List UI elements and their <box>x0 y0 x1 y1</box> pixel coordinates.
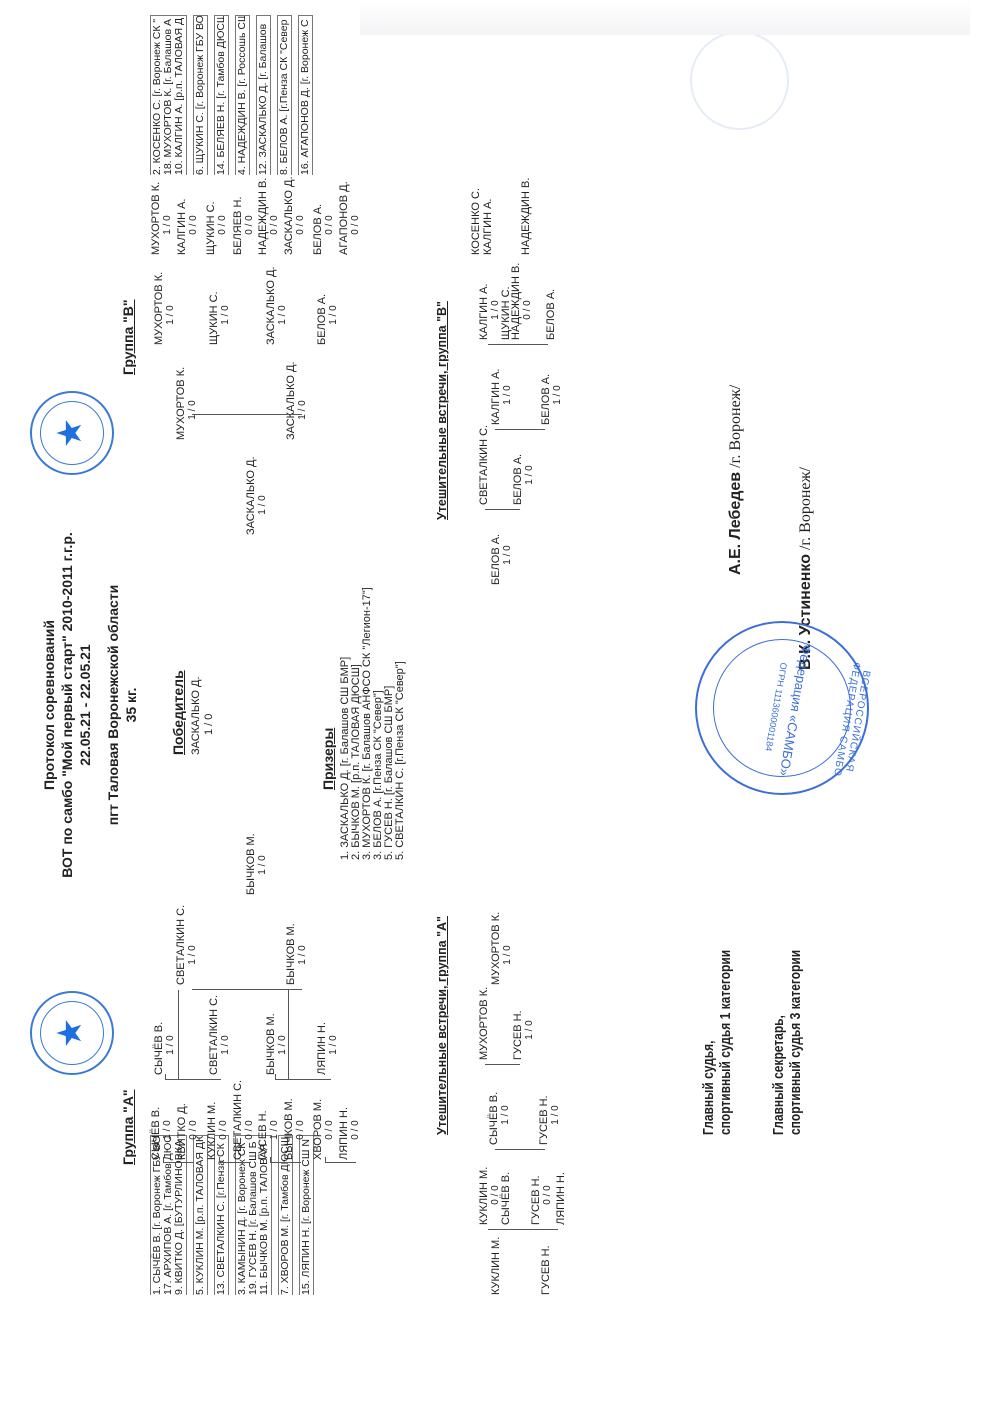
group-b-round1-bout: АГАПОНОВ Д. <box>338 181 350 255</box>
repechage-a-seed: КУКЛИН М. <box>490 1237 502 1295</box>
group-b-round1-bout: ЩУКИН С. <box>205 201 217 255</box>
bout-score: 1 / 0 <box>162 1095 173 1165</box>
group-b-round1-bout: БЕЛЯЕВ Н. <box>232 197 244 255</box>
group-a-round1-bout: ХВОРОВ М. <box>312 1099 324 1160</box>
chief-judge-role: Главный судья, спортивный судья 1 катего… <box>700 950 734 1135</box>
official-stamp: Федерация «САМБО» ОГРН 1113600001184 ВСЕ… <box>681 607 883 809</box>
winner-name: ЗАСКАЛЬКО Д. <box>190 676 202 755</box>
prizes-title: Призеры <box>320 517 336 790</box>
scan-edge-shadow <box>360 0 970 35</box>
repechage-a-round1-bout: ГУСЕВ Н. <box>530 1175 542 1225</box>
bout-score: 1 / 0 <box>502 360 513 430</box>
group-b-entry-box: 2. КОСЕНКО С. [г. Воронеж СК "18. МУХОРТ… <box>150 15 187 175</box>
star-icon: ★ <box>50 1018 90 1048</box>
bout-score: 1 / 0 <box>328 1010 339 1080</box>
group-b-round2-bout: БЕЛОВ А. <box>316 294 328 345</box>
participant-entry: 12. ЗАСКАЛЬКО Д. [г. Балашов <box>258 16 269 175</box>
group-a-final-bout: БЫЧКОВ М. <box>245 833 257 895</box>
bracket-line <box>488 344 548 345</box>
bout-score: 1 / 0 <box>500 1080 511 1150</box>
bracket-line <box>485 1064 520 1065</box>
header-event: ВОТ по самбо "Мой первый старт" 2010-201… <box>58 475 76 935</box>
bracket-line <box>325 1157 356 1163</box>
header-title: Протокол соревнований <box>40 475 58 935</box>
bout-score: 0 / 0 <box>244 1095 255 1165</box>
group-b-final-bout: ЗАСКАЛЬКО Д. <box>245 456 257 535</box>
group-b-title: Группа "В" <box>120 299 136 375</box>
bout-score: 1 / 0 <box>187 375 198 445</box>
repechage-a-round3-bout: МУХОРТОВ К. <box>478 987 490 1060</box>
bracket-line <box>275 1074 331 1080</box>
bracket-line <box>192 414 302 415</box>
group-a-round1-bout: КУКЛИН М. <box>206 1102 218 1160</box>
bout-score: 1 / 0 <box>162 190 173 260</box>
secretary-role: Главный секретарь, спортивный судья 3 ка… <box>770 950 804 1135</box>
group-a-round2-bout: ЛЯПИН Н. <box>316 1022 328 1075</box>
repechage-b-round1-bout: КАЛГИН А. <box>478 284 490 340</box>
prize-winners: Призеры 1. ЗАСКАЛЬКО Д. [г. Балашов СШ Б… <box>320 587 406 860</box>
participant-entry: 10. КАЛГИН А. [р.п. ТАЛОВАЯ Д <box>174 16 185 175</box>
repechage-b-seed: НАДЕЖДИН В. <box>520 178 532 255</box>
prize-item: 5. СВЕТАЛКИН С. [г.Пенза СК "Север"] <box>395 587 406 860</box>
group-b-entry-box: 6. ЩУКИН С. [г. Воронеж ГБУ ВО <box>193 15 208 175</box>
repechage-b-round2-bout: КАЛГИН А. <box>490 369 502 425</box>
bout-score: 1 / 0 <box>524 995 535 1065</box>
group-a-round1-bout: СВЕТАЛКИН С. <box>232 1080 244 1160</box>
prize-list: 1. ЗАСКАЛЬКО Д. [г. Балашов СШ БМР]2. БЫ… <box>340 587 406 860</box>
repechage-b-round2-bout: БЕЛОВ А. <box>540 374 552 425</box>
bout-score: 0 / 0 <box>295 190 306 260</box>
chief-judge-name: А.Е. Лебедев <box>727 472 744 575</box>
bracket-line <box>165 1074 221 1080</box>
bout-score: 1 / 0 <box>297 920 308 990</box>
repechage-a-round2-bout: СЫЧЁВ В. <box>488 1092 500 1145</box>
bout-score: 0 / 0 <box>218 1095 229 1165</box>
repechage-a-seed: ГУСЕВ Н. <box>540 1245 552 1295</box>
participant-entry: 16. АГАПОНОВ Д. [г. Воронеж С <box>300 16 311 175</box>
group-b-round3-bout: МУХОРТОВ К. <box>175 367 187 440</box>
repechage-b-title: Утешительные встречи, группа "В" <box>435 301 449 520</box>
group-b-round1-bout: КАЛГИН А. <box>176 199 188 255</box>
winner-score: 1 / 0 <box>203 714 215 735</box>
group-b-round2-bout: ЗАСКАЛЬКО Д. <box>265 266 277 345</box>
bout-score: 1 / 0 <box>550 1080 561 1150</box>
sambo-federation-logo-left: ★ <box>30 991 114 1075</box>
bout-score: 1 / 0 <box>220 280 231 350</box>
bout-score: 1 / 0 <box>257 470 268 540</box>
group-b-round2-bout: МУХОРТОВ К. <box>153 272 165 345</box>
bout-score: 0 / 0 <box>350 190 361 260</box>
group-a-round2-bout: БЫЧКОВ М. <box>265 1013 277 1075</box>
repechage-a-round3-bout: ГУСЕВ Н. <box>512 1010 524 1060</box>
bout-score: 0 / 0 <box>188 190 199 260</box>
repechage-a-round1-bout: ЛЯПИН Н. <box>555 1172 567 1225</box>
bout-score: 0 / 0 <box>217 190 228 260</box>
bout-score: 0 / 0 <box>244 190 255 260</box>
participant-entry: 14. БЕЛЯЕВ Н. [г. Тамбов ДЮСШ <box>216 16 227 175</box>
group-b-round1-bout: ЗАСКАЛЬКО Д. <box>283 176 295 255</box>
repechage-b-seed: КОСЕНКО С. <box>470 188 482 255</box>
faint-stamp-bleedthrough <box>690 31 789 130</box>
repechage-b-round3-bout: БЕЛОВ А. <box>512 454 524 505</box>
bout-score: 0 / 0 <box>295 1095 306 1165</box>
bracket-line <box>270 1157 301 1163</box>
chief-judge-city: /г. Воронеж/ <box>727 385 744 468</box>
bout-score: 0 / 0 <box>269 190 280 260</box>
bout-score: 0 / 0 <box>522 275 533 345</box>
protocol-header: Протокол соревнований ВОТ по самбо "Мой … <box>40 475 140 935</box>
bracket-line <box>178 990 179 1080</box>
bout-score: 1 / 0 <box>552 360 563 430</box>
participant-entry: 4. НАДЕЖДИН В. [г. Россошь СШ <box>237 16 248 175</box>
repechage-a-round1-bout: КУКЛИН М. <box>478 1167 490 1225</box>
chief-judge-signature: А.Е. Лебедев /г. Воронеж/ <box>727 385 745 575</box>
repechage-b-round1-bout: НАДЕЖДИН В. <box>510 263 522 340</box>
repechage-b-final-bout: БЕЛОВ А. <box>490 534 502 585</box>
group-a-round1-bout: ГУСЕВ Н. <box>257 1110 269 1160</box>
bout-score: 1 / 0 <box>269 1095 280 1165</box>
bracket-line <box>495 1149 545 1150</box>
group-a-round2-bout: СЫЧЁВ В. <box>153 1022 165 1075</box>
group-a-title: Группа "А" <box>120 1089 136 1165</box>
group-a-round3-bout: БЫЧКОВ М. <box>285 923 297 985</box>
header-venue: пгт Таловая Воронежской области <box>104 475 122 935</box>
repechage-a-title: Утешительные встречи, группа "А" <box>435 916 449 1135</box>
group-a-round1-bout: БЫЧКОВ М. <box>283 1098 295 1160</box>
bracket-line <box>288 990 289 1080</box>
group-a-round1-bout: ЛЯПИН Н. <box>338 1107 350 1160</box>
group-a-round3-bout: СВЕТАЛКИН С. <box>175 905 187 985</box>
bout-score: 0 / 0 <box>188 1095 199 1165</box>
bout-score: 1 / 0 <box>297 375 308 445</box>
star-icon: ★ <box>50 418 90 448</box>
bout-score: 1 / 0 <box>502 520 513 590</box>
secretary-city: /г. Воронеж/ <box>797 467 814 550</box>
group-b-round3-bout: ЗАСКАЛЬКО Д. <box>285 361 297 440</box>
bout-score: 1 / 0 <box>277 280 288 350</box>
repechage-a-round1-bout: СЫЧЁВ В. <box>500 1172 512 1225</box>
group-b-round1-bout: МУХОРТОВ К. <box>150 182 162 255</box>
repechage-b-round3-bout: СВЕТАЛКИН С. <box>478 425 490 505</box>
bout-score: 1 / 0 <box>328 280 339 350</box>
group-b-entry-box: 14. БЕЛЯЕВ Н. [г. Тамбов ДЮСШ <box>214 15 229 175</box>
bracket-line <box>495 429 545 430</box>
repechage-b-round1-bout: БЕЛОВ А. <box>545 289 557 340</box>
bout-score: 1 / 0 <box>257 830 268 900</box>
group-b-entry-box: 8. БЕЛОВ А. [г.Пенза СК "Север <box>277 15 292 175</box>
bout-score: 1 / 0 <box>277 1010 288 1080</box>
participant-entry: 8. БЕЛОВ А. [г.Пенза СК "Север <box>279 16 290 175</box>
bracket-line <box>192 989 302 990</box>
group-b-entry-box: 4. НАДЕЖДИН В. [г. Россошь СШ <box>235 15 250 175</box>
group-b-round2-bout: ЩУКИН С. <box>208 291 220 345</box>
bracket-line <box>163 1157 194 1163</box>
repechage-b-seed: КАЛГИН А. <box>482 199 494 255</box>
repechage-a-round2-bout: ГУСЕВ Н. <box>538 1095 550 1145</box>
group-a-round1-bout: СЫЧЁВ В. <box>150 1107 162 1160</box>
bout-score: 0 / 0 <box>324 190 335 260</box>
bout-score: 1 / 0 <box>165 280 176 350</box>
header-dates: 22.05.21 - 22.05.21 <box>76 475 94 935</box>
participant-entry: 6. ЩУКИН С. [г. Воронеж ГБУ ВО <box>195 16 206 175</box>
bracket-line <box>219 1157 250 1163</box>
group-b-entry-box: 12. ЗАСКАЛЬКО Д. [г. Балашов <box>256 15 271 175</box>
bout-score: 1 / 0 <box>165 1010 176 1080</box>
bout-score: 1 / 0 <box>220 1010 231 1080</box>
group-b-round1-bout: НАДЕЖДИН В. <box>257 178 269 255</box>
group-a-round2-bout: СВЕТАЛКИН С. <box>208 995 220 1075</box>
winner-title: Победитель <box>170 670 186 755</box>
bracket-line <box>485 509 520 510</box>
sambo-federation-logo-right: ★ <box>30 391 114 475</box>
bout-score: 0 / 0 <box>324 1095 335 1165</box>
group-b-round1-bout: БЕЛОВ А. <box>312 204 324 255</box>
bout-score: 0 / 0 <box>542 1160 553 1230</box>
bout-score: 0 / 0 <box>350 1095 361 1165</box>
bout-score: 1 / 0 <box>187 920 198 990</box>
group-b-entry-box: 16. АГАПОНОВ Д. [г. Воронеж С <box>298 15 313 175</box>
bracket-line <box>488 1229 558 1230</box>
bout-score: 1 / 0 <box>524 440 535 510</box>
header-weight: 35 кг. <box>122 475 140 935</box>
bout-score: 1 / 0 <box>502 920 513 990</box>
group-a-round1-bout: КВИТКО Д. <box>176 1103 188 1160</box>
repechage-a-final-bout: МУХОРТОВ К. <box>490 912 502 985</box>
competition-protocol-sheet: Протокол соревнований ВОТ по самбо "Мой … <box>0 0 1000 1415</box>
